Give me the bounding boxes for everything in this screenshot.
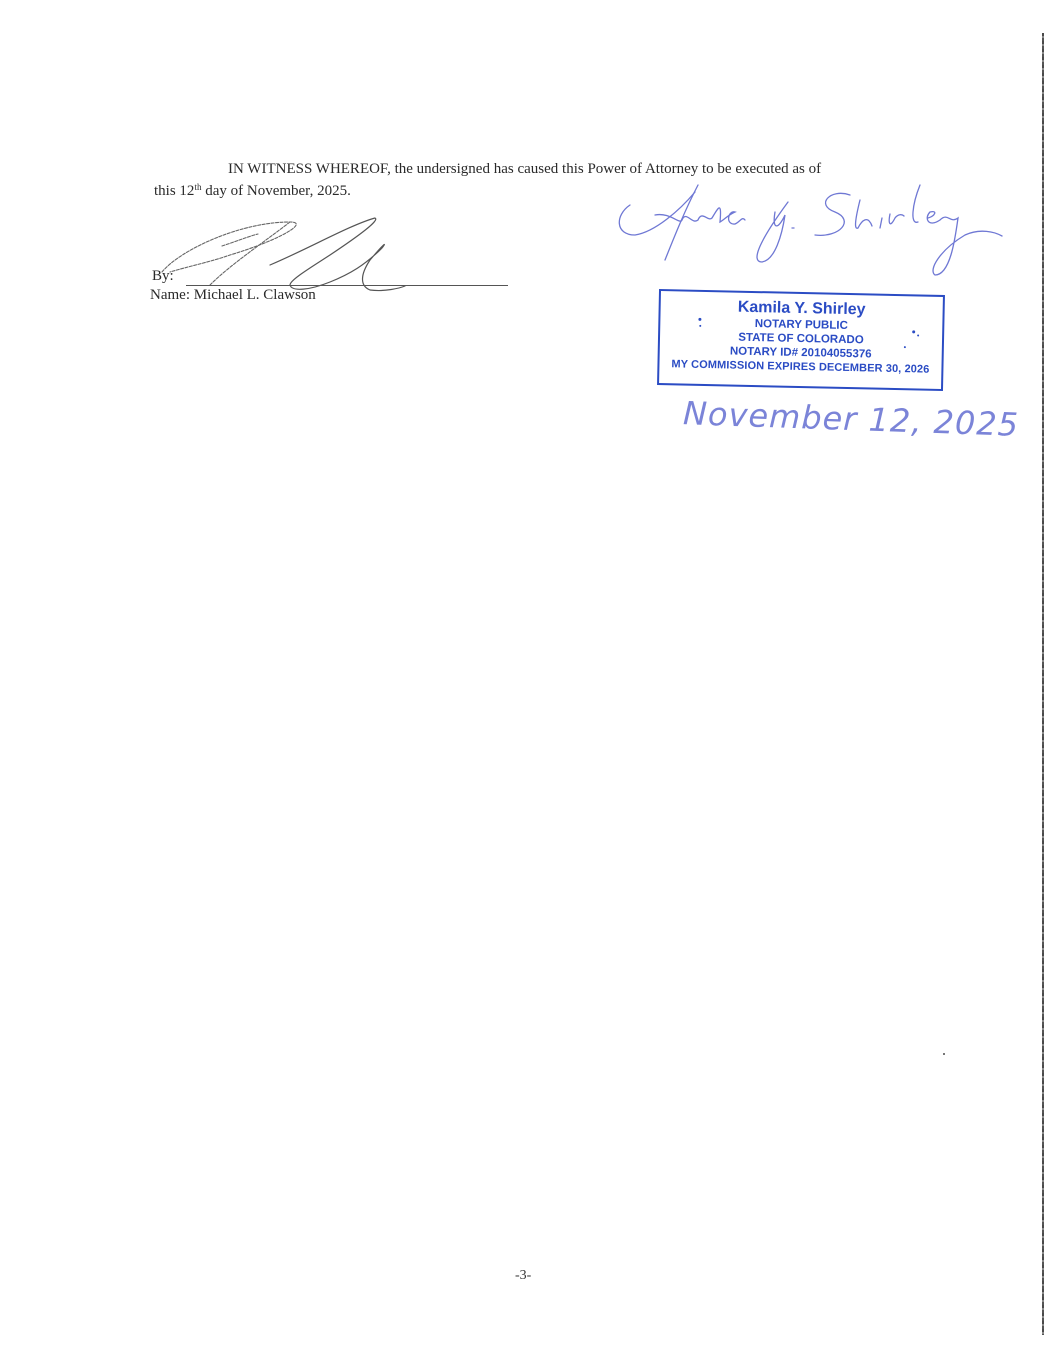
date-suffix: day of November, 2025. bbox=[201, 183, 350, 199]
notary-stamp: Kamila Y. Shirley NOTARY PUBLIC STATE OF… bbox=[657, 289, 945, 391]
witness-line-1: IN WITNESS WHEREOF, the undersigned has … bbox=[154, 160, 954, 178]
page-number: -3- bbox=[515, 1268, 531, 1284]
document-page: IN WITNESS WHEREOF, the undersigned has … bbox=[0, 0, 1055, 1365]
stamp-speck bbox=[917, 334, 919, 336]
signer-name: Name: Michael L. Clawson bbox=[150, 287, 316, 304]
principal-signature-block: By: Name: Michael L. Clawson bbox=[150, 210, 520, 310]
scan-edge-line bbox=[1042, 33, 1044, 1335]
scan-speck bbox=[943, 1053, 945, 1055]
signature-line bbox=[186, 285, 508, 286]
stamp-speck bbox=[912, 330, 915, 333]
date-prefix: this 12 bbox=[154, 183, 194, 199]
stamp-speck bbox=[699, 325, 701, 327]
by-label: By: bbox=[152, 268, 174, 285]
stamp-speck bbox=[698, 318, 701, 321]
handwritten-date: November 12, 2025 bbox=[682, 394, 1019, 444]
notary-signature-icon bbox=[610, 180, 1010, 285]
stamp-speck bbox=[904, 346, 906, 348]
